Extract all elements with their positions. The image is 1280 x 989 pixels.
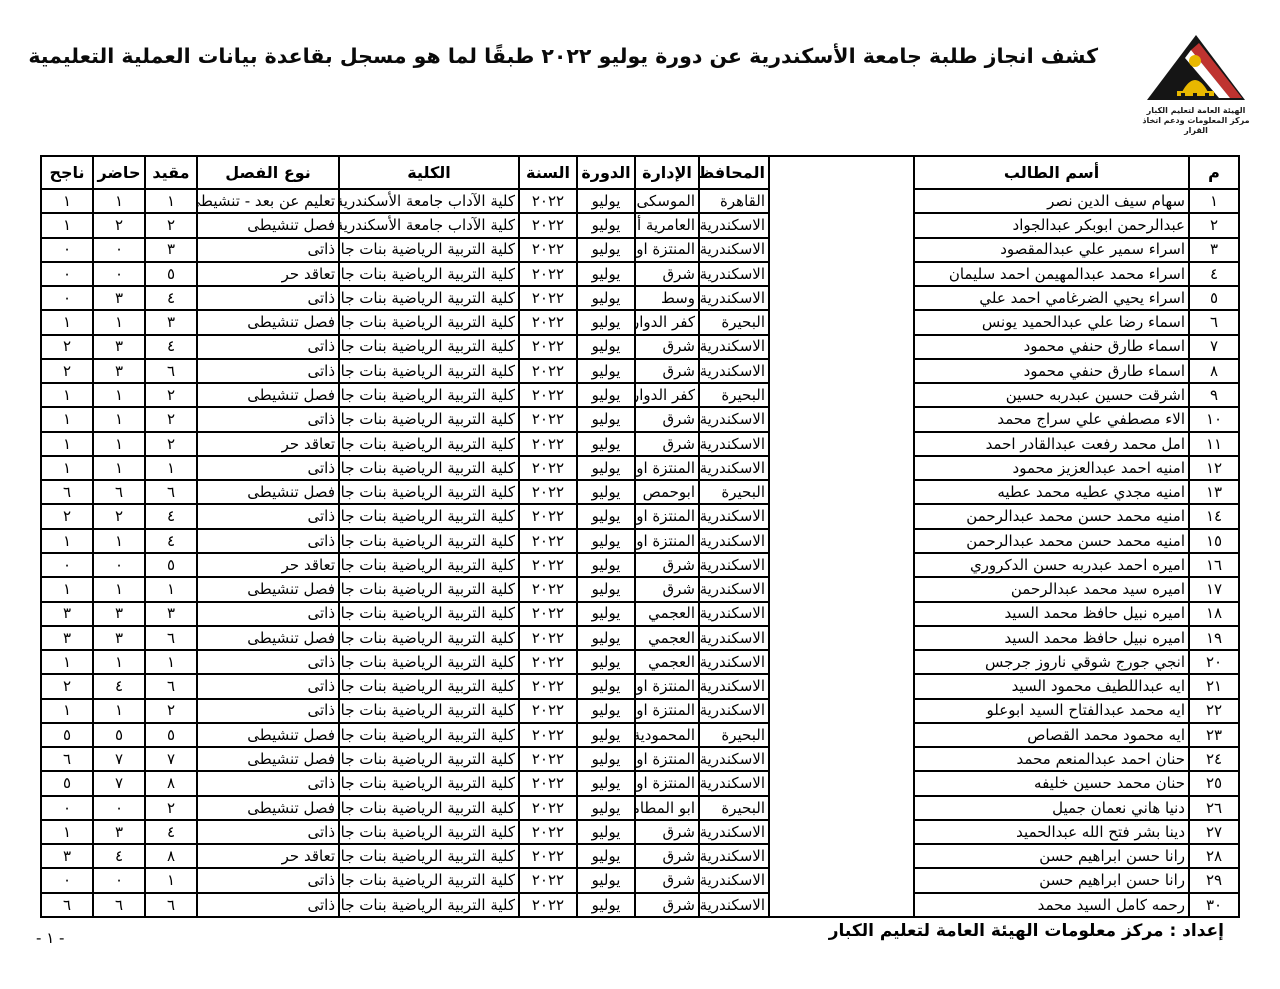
cell-no: ١٤	[1189, 504, 1239, 528]
cell-enrolled: ٦	[145, 674, 197, 698]
cell-administration: العامرية أول	[635, 213, 699, 237]
cell-no: ٣	[1189, 238, 1239, 262]
cell-no: ٢٦	[1189, 796, 1239, 820]
cell-no: ٢٨	[1189, 844, 1239, 868]
cell-governorate: الاسكندرية	[699, 432, 769, 456]
cell-class_type: ذاتى	[197, 893, 339, 917]
cell-no: ٧	[1189, 335, 1239, 359]
cell-governorate: البحيرة	[699, 310, 769, 334]
cell-name: اسماء طارق حنفي محمود	[914, 359, 1189, 383]
cell-no: ١	[1189, 189, 1239, 213]
cell-present: ١	[93, 577, 145, 601]
cell-administration: شرق	[635, 577, 699, 601]
cell-administration: ابو المطامير	[635, 796, 699, 820]
cell-enrolled: ٦	[145, 359, 197, 383]
cell-name: رحمه كامل السيد محمد	[914, 893, 1189, 917]
logo-caption-line1: الهيئة العامة لتعليم الكبار	[1140, 106, 1252, 116]
cell-passed: ٠	[41, 286, 93, 310]
cell-administration: شرق	[635, 335, 699, 359]
cell-administration: المنتزة اول	[635, 674, 699, 698]
header-cell-session: الدورة	[577, 156, 635, 189]
cell-no: ٨	[1189, 359, 1239, 383]
cell-passed: ٢	[41, 335, 93, 359]
cell-year: ٢٠٢٢	[519, 893, 577, 917]
cell-present: ١	[93, 650, 145, 674]
cell-enrolled: ٣	[145, 238, 197, 262]
cell-passed: ٠	[41, 868, 93, 892]
header-cell-name: أسم الطالب	[914, 156, 1189, 189]
cell-enrolled: ٨	[145, 771, 197, 795]
cell-present: ١	[93, 407, 145, 431]
cell-session: يوليو	[577, 723, 635, 747]
cell-year: ٢٠٢٢	[519, 238, 577, 262]
table-row: ٢٧دينا بشر فتح الله عبدالحميدالاسكندريةش…	[41, 820, 1239, 844]
cell-present: ١	[93, 432, 145, 456]
cell-governorate: البحيرة	[699, 796, 769, 820]
cell-present: ١	[93, 529, 145, 553]
cell-passed: ١	[41, 310, 93, 334]
cell-no: ١٢	[1189, 456, 1239, 480]
cell-governorate: البحيرة	[699, 723, 769, 747]
cell-name: امل محمد رفعت عبدالقادر احمد	[914, 432, 1189, 456]
cell-present: ٣	[93, 335, 145, 359]
cell-name: امنيه محمد حسن محمد عبدالرحمن	[914, 504, 1189, 528]
cell-enrolled: ١	[145, 189, 197, 213]
cell-governorate: الاسكندرية	[699, 335, 769, 359]
cell-year: ٢٠٢٢	[519, 286, 577, 310]
table-row: ٢٥حنان محمد حسين خليفهالاسكندريةالمنتزة …	[41, 771, 1239, 795]
cell-no: ٢٣	[1189, 723, 1239, 747]
cell-passed: ٠	[41, 262, 93, 286]
cell-present: ١	[93, 383, 145, 407]
cell-passed: ٢	[41, 504, 93, 528]
table-row: ١٨اميره نبيل حافظ محمد السيدالاسكندريةال…	[41, 602, 1239, 626]
cell-name: اميره احمد عبدربه حسن الدكروري	[914, 553, 1189, 577]
cell-session: يوليو	[577, 868, 635, 892]
cell-passed: ١	[41, 456, 93, 480]
cell-college: كلية التربية الرياضية بنات جامع	[339, 602, 519, 626]
cell-no: ١٧	[1189, 577, 1239, 601]
cell-class_type: ذاتى	[197, 868, 339, 892]
cell-present: ٣	[93, 286, 145, 310]
header-cell-governorate: المحافظة	[699, 156, 769, 189]
cell-name: الاء مصطفي علي سراج محمد	[914, 407, 1189, 431]
cell-administration: المنتزة اول	[635, 699, 699, 723]
cell-administration: شرق	[635, 359, 699, 383]
cell-governorate: الاسكندرية	[699, 286, 769, 310]
cell-no: ٥	[1189, 286, 1239, 310]
cell-name: رانا حسن ابراهيم حسن	[914, 868, 1189, 892]
cell-session: يوليو	[577, 213, 635, 237]
cell-passed: ٢	[41, 359, 93, 383]
cell-session: يوليو	[577, 529, 635, 553]
header-cell-enrolled: مقيد	[145, 156, 197, 189]
table-row: ٢١ايه عبداللطيف محمود السيدالاسكندريةالم…	[41, 674, 1239, 698]
cell-class_type: ذاتى	[197, 238, 339, 262]
cell-present: ٠	[93, 238, 145, 262]
cell-no: ١٦	[1189, 553, 1239, 577]
header-cell-year: السنة	[519, 156, 577, 189]
table-row: ١٢امنيه احمد عبدالعزيز محمودالاسكندريةال…	[41, 456, 1239, 480]
cell-administration: المنتزة اول	[635, 238, 699, 262]
table-row: ٢٨رانا حسن ابراهيم حسنالاسكندريةشرقيوليو…	[41, 844, 1239, 868]
cell-class_type: تعاقد حر	[197, 262, 339, 286]
cell-present: ٦	[93, 893, 145, 917]
cell-enrolled: ٣	[145, 310, 197, 334]
cell-class_type: فصل تنشيطى	[197, 626, 339, 650]
cell-name: حنان احمد عبدالمنعم محمد	[914, 747, 1189, 771]
cell-year: ٢٠٢٢	[519, 771, 577, 795]
cell-college: كلية التربية الرياضية بنات جامع	[339, 262, 519, 286]
cell-passed: ١	[41, 820, 93, 844]
cell-enrolled: ٥	[145, 262, 197, 286]
table-row: ١٩اميره نبيل حافظ محمد السيدالاسكندريةال…	[41, 626, 1239, 650]
cell-year: ٢٠٢٢	[519, 577, 577, 601]
cell-enrolled: ٢	[145, 383, 197, 407]
cell-enrolled: ٢	[145, 699, 197, 723]
cell-class_type: فصل تنشيطى	[197, 480, 339, 504]
cell-class_type: ذاتى	[197, 504, 339, 528]
cell-governorate: الاسكندرية	[699, 674, 769, 698]
cell-session: يوليو	[577, 262, 635, 286]
cell-year: ٢٠٢٢	[519, 553, 577, 577]
cell-administration: شرق	[635, 432, 699, 456]
cell-passed: ١	[41, 699, 93, 723]
cell-administration: شرق	[635, 553, 699, 577]
cell-year: ٢٠٢٢	[519, 699, 577, 723]
cell-no: ٢٢	[1189, 699, 1239, 723]
cell-year: ٢٠٢٢	[519, 504, 577, 528]
cell-class_type: ذاتى	[197, 456, 339, 480]
cell-session: يوليو	[577, 286, 635, 310]
cell-passed: ٢	[41, 674, 93, 698]
cell-class_type: ذاتى	[197, 335, 339, 359]
cell-year: ٢٠٢٢	[519, 868, 577, 892]
cell-governorate: الاسكندرية	[699, 699, 769, 723]
page-title: كشف انجاز طلبة جامعة الأسكندرية عن دورة …	[28, 44, 1098, 68]
cell-governorate: الاسكندرية	[699, 650, 769, 674]
table-row: ٢٦دنيا هاني نعمان جميلالبحيرةابو المطامي…	[41, 796, 1239, 820]
cell-administration: المحمودية	[635, 723, 699, 747]
cell-session: يوليو	[577, 771, 635, 795]
cell-present: ٤	[93, 674, 145, 698]
cell-governorate: البحيرة	[699, 383, 769, 407]
cell-year: ٢٠٢٢	[519, 529, 577, 553]
cell-class_type: فصل تنشيطى	[197, 747, 339, 771]
cell-college: كلية التربية الرياضية بنات جامع	[339, 407, 519, 431]
cell-enrolled: ٧	[145, 747, 197, 771]
table-row: ١٣امنيه مجدي عطيه محمد عطيهالبحيرةابوحمص…	[41, 480, 1239, 504]
cell-enrolled: ١	[145, 456, 197, 480]
cell-college: كلية التربية الرياضية بنات جامع	[339, 286, 519, 310]
cell-passed: ٥	[41, 723, 93, 747]
cell-college: كلية التربية الرياضية بنات جامع	[339, 359, 519, 383]
cell-no: ١٣	[1189, 480, 1239, 504]
cell-class_type: فصل تنشيطى	[197, 796, 339, 820]
cell-session: يوليو	[577, 383, 635, 407]
cell-governorate: الاسكندرية	[699, 626, 769, 650]
cell-present: ٠	[93, 796, 145, 820]
cell-college: كلية التربية الرياضية بنات جامع	[339, 383, 519, 407]
cell-college: كلية التربية الرياضية بنات جامع	[339, 626, 519, 650]
cell-administration: وسط	[635, 286, 699, 310]
cell-college: كلية التربية الرياضية بنات جامع	[339, 893, 519, 917]
cell-administration: المنتزة اول	[635, 456, 699, 480]
cell-enrolled: ٥	[145, 723, 197, 747]
table-row: ٢عبدالرحمن ابوبكر عبدالجوادالاسكندريةالع…	[41, 213, 1239, 237]
cell-present: ٣	[93, 359, 145, 383]
table-row: ٣٠رحمه كامل السيد محمدالاسكندريةشرقيوليو…	[41, 893, 1239, 917]
table-row: ٢٢ايه محمد عبدالفتاح السيد ابوعلوالاسكند…	[41, 699, 1239, 723]
table-row: ١٦اميره احمد عبدربه حسن الدكروريالاسكندر…	[41, 553, 1239, 577]
cell-year: ٢٠٢٢	[519, 456, 577, 480]
cell-administration: المنتزة اول	[635, 529, 699, 553]
cell-no: ٤	[1189, 262, 1239, 286]
cell-year: ٢٠٢٢	[519, 602, 577, 626]
cell-passed: ١	[41, 213, 93, 237]
table-row: ١سهام سيف الدين نصرالقاهرةالموسكىيوليو٢٠…	[41, 189, 1239, 213]
cell-college: كلية التربية الرياضية بنات جامع	[339, 771, 519, 795]
cell-administration: العجمي	[635, 602, 699, 626]
cell-administration: كفر الدوار	[635, 383, 699, 407]
cell-college: كلية التربية الرياضية بنات جامع	[339, 674, 519, 698]
cell-name: اميره نبيل حافظ محمد السيد	[914, 626, 1189, 650]
cell-passed: ٣	[41, 602, 93, 626]
cell-session: يوليو	[577, 480, 635, 504]
cell-class_type: فصل تنشيطى	[197, 383, 339, 407]
table-row: ٤اسراء محمد عبدالمهيمن احمد سليمانالاسكن…	[41, 262, 1239, 286]
cell-year: ٢٠٢٢	[519, 189, 577, 213]
cell-session: يوليو	[577, 602, 635, 626]
cell-college: كلية التربية الرياضية بنات جامع	[339, 335, 519, 359]
cell-passed: ٣	[41, 626, 93, 650]
cell-class_type: ذاتى	[197, 359, 339, 383]
cell-present: ٧	[93, 747, 145, 771]
cell-college: كلية التربية الرياضية بنات جامع	[339, 723, 519, 747]
cell-enrolled: ١	[145, 868, 197, 892]
cell-session: يوليو	[577, 796, 635, 820]
cell-name: دينا بشر فتح الله عبدالحميد	[914, 820, 1189, 844]
cell-college: كلية التربية الرياضية بنات جامع	[339, 553, 519, 577]
cell-session: يوليو	[577, 310, 635, 334]
cell-college: كلية التربية الرياضية بنات جامع	[339, 844, 519, 868]
cell-name: اشرقت حسين عبدربه حسين	[914, 383, 1189, 407]
table-row: ٧اسماء طارق حنفي محمودالاسكندريةشرقيوليو…	[41, 335, 1239, 359]
cell-no: ١٥	[1189, 529, 1239, 553]
cell-enrolled: ٤	[145, 504, 197, 528]
cell-no: ١٨	[1189, 602, 1239, 626]
cell-present: ٠	[93, 262, 145, 286]
cell-present: ٢	[93, 213, 145, 237]
table-row: ١٤امنيه محمد حسن محمد عبدالرحمنالاسكندري…	[41, 504, 1239, 528]
cell-class_type: تعاقد حر	[197, 553, 339, 577]
cell-year: ٢٠٢٢	[519, 213, 577, 237]
cell-enrolled: ٢	[145, 213, 197, 237]
cell-year: ٢٠٢٢	[519, 407, 577, 431]
cell-class_type: تعاقد حر	[197, 432, 339, 456]
cell-no: ٢١	[1189, 674, 1239, 698]
cell-name: عبدالرحمن ابوبكر عبدالجواد	[914, 213, 1189, 237]
cell-session: يوليو	[577, 238, 635, 262]
cell-name: اميره نبيل حافظ محمد السيد	[914, 602, 1189, 626]
cell-enrolled: ٤	[145, 335, 197, 359]
cell-session: يوليو	[577, 577, 635, 601]
table-row: ٢٣ايه محمود محمد القصاصالبحيرةالمحموديةي…	[41, 723, 1239, 747]
cell-year: ٢٠٢٢	[519, 674, 577, 698]
cell-college: كلية التربية الرياضية بنات جامع	[339, 699, 519, 723]
cell-passed: ٠	[41, 796, 93, 820]
cell-administration: شرق	[635, 868, 699, 892]
cell-present: ٦	[93, 480, 145, 504]
cell-name: ايه عبداللطيف محمود السيد	[914, 674, 1189, 698]
cell-administration: المنتزة اول	[635, 504, 699, 528]
cell-year: ٢٠٢٢	[519, 723, 577, 747]
cell-governorate: الاسكندرية	[699, 820, 769, 844]
cell-class_type: تعاقد حر	[197, 844, 339, 868]
cell-year: ٢٠٢٢	[519, 844, 577, 868]
cell-class_type: فصل تنشيطى	[197, 577, 339, 601]
cell-year: ٢٠٢٢	[519, 747, 577, 771]
cell-no: ٢٩	[1189, 868, 1239, 892]
cell-no: ٣٠	[1189, 893, 1239, 917]
table-row: ٦اسماء رضا علي عبدالحميد يونسالبحيرةكفر …	[41, 310, 1239, 334]
cell-enrolled: ٤	[145, 820, 197, 844]
table-row: ١١امل محمد رفعت عبدالقادر احمدالاسكندرية…	[41, 432, 1239, 456]
cell-passed: ٦	[41, 893, 93, 917]
cell-name: اميره سيد محمد عبدالرحمن	[914, 577, 1189, 601]
cell-year: ٢٠٢٢	[519, 820, 577, 844]
prepared-by-note: إعداد : مركز معلومات الهيئة العامة لتعلي…	[829, 921, 1224, 941]
table-row: ٢٩رانا حسن ابراهيم حسنالاسكندريةشرقيوليو…	[41, 868, 1239, 892]
cell-governorate: القاهرة	[699, 189, 769, 213]
header-cell-college: الكلية	[339, 156, 519, 189]
page: { "title": "كشف انجاز طلبة جامعة الأسكند…	[0, 0, 1280, 989]
cell-class_type: ذاتى	[197, 286, 339, 310]
cell-passed: ١	[41, 432, 93, 456]
cell-enrolled: ٢	[145, 407, 197, 431]
cell-enrolled: ١	[145, 650, 197, 674]
cell-enrolled: ٤	[145, 529, 197, 553]
header-cell-class_type: نوع الفصل	[197, 156, 339, 189]
cell-no: ٢	[1189, 213, 1239, 237]
cell-class_type: فصل تنشيطى	[197, 723, 339, 747]
cell-class_type: ذاتى	[197, 602, 339, 626]
table-row: ٨اسماء طارق حنفي محمودالاسكندريةشرقيوليو…	[41, 359, 1239, 383]
cell-administration: شرق	[635, 844, 699, 868]
cell-present: ٤	[93, 844, 145, 868]
cell-college: كلية التربية الرياضية بنات جامع	[339, 432, 519, 456]
empty-spacer-column	[769, 156, 914, 917]
cell-session: يوليو	[577, 893, 635, 917]
cell-class_type: فصل تنشيطى	[197, 213, 339, 237]
cell-year: ٢٠٢٢	[519, 432, 577, 456]
cell-present: ٣	[93, 820, 145, 844]
cell-college: كلية التربية الرياضية بنات جامع	[339, 747, 519, 771]
cell-session: يوليو	[577, 650, 635, 674]
cell-enrolled: ٨	[145, 844, 197, 868]
cell-college: كلية التربية الرياضية بنات جامع	[339, 310, 519, 334]
cell-passed: ٠	[41, 238, 93, 262]
cell-year: ٢٠٢٢	[519, 480, 577, 504]
cell-college: كلية التربية الرياضية بنات جامع	[339, 480, 519, 504]
cell-passed: ٥	[41, 771, 93, 795]
cell-class_type: ذاتى	[197, 407, 339, 431]
cell-enrolled: ٦	[145, 626, 197, 650]
cell-session: يوليو	[577, 626, 635, 650]
cell-session: يوليو	[577, 844, 635, 868]
cell-governorate: الاسكندرية	[699, 262, 769, 286]
table-row: ٩اشرقت حسين عبدربه حسينالبحيرةكفر الدوار…	[41, 383, 1239, 407]
cell-administration: المنتزة اول	[635, 747, 699, 771]
table-row: ٣اسراء سمير علي عبدالمقصودالاسكندريةالمن…	[41, 238, 1239, 262]
cell-no: ٩	[1189, 383, 1239, 407]
cell-name: انجي جورج شوقي ناروز جرجس	[914, 650, 1189, 674]
header-cell-present: حاضر	[93, 156, 145, 189]
cell-passed: ١	[41, 407, 93, 431]
cell-administration: شرق	[635, 893, 699, 917]
cell-passed: ٦	[41, 747, 93, 771]
table-row: ١٠الاء مصطفي علي سراج محمدالاسكندريةشرقي…	[41, 407, 1239, 431]
cell-enrolled: ٣	[145, 602, 197, 626]
cell-name: اسماء رضا علي عبدالحميد يونس	[914, 310, 1189, 334]
cell-governorate: الاسكندرية	[699, 407, 769, 431]
cell-enrolled: ٥	[145, 553, 197, 577]
cell-class_type: تعليم عن بعد - تنشيطى	[197, 189, 339, 213]
results-table-body: مأسم الطالبالمحافظةالإدارةالدورةالسنةالك…	[41, 156, 1239, 917]
cell-college: كلية التربية الرياضية بنات جامع	[339, 868, 519, 892]
cell-passed: ٠	[41, 553, 93, 577]
cell-college: كلية الآداب جامعة الأسكندرية	[339, 189, 519, 213]
cell-class_type: ذاتى	[197, 699, 339, 723]
cell-year: ٢٠٢٢	[519, 359, 577, 383]
cell-class_type: ذاتى	[197, 771, 339, 795]
cell-governorate: الاسكندرية	[699, 844, 769, 868]
cell-name: اسماء طارق حنفي محمود	[914, 335, 1189, 359]
cell-session: يوليو	[577, 699, 635, 723]
cell-governorate: الاسكندرية	[699, 868, 769, 892]
cell-name: سهام سيف الدين نصر	[914, 189, 1189, 213]
cell-governorate: الاسكندرية	[699, 359, 769, 383]
cell-college: كلية التربية الرياضية بنات جامع	[339, 456, 519, 480]
cell-session: يوليو	[577, 456, 635, 480]
cell-class_type: ذاتى	[197, 674, 339, 698]
cell-no: ١٠	[1189, 407, 1239, 431]
cell-present: ٣	[93, 602, 145, 626]
cell-college: كلية الآداب جامعة الأسكندرية	[339, 213, 519, 237]
cell-administration: شرق	[635, 820, 699, 844]
cell-administration: شرق	[635, 262, 699, 286]
cell-college: كلية التربية الرياضية بنات جامع	[339, 529, 519, 553]
cell-governorate: الاسكندرية	[699, 504, 769, 528]
cell-name: دنيا هاني نعمان جميل	[914, 796, 1189, 820]
cell-present: ١	[93, 189, 145, 213]
cell-governorate: الاسكندرية	[699, 529, 769, 553]
cell-governorate: الاسكندرية	[699, 213, 769, 237]
header-logo: الهيئة العامة لتعليم الكبار مركز المعلوم…	[1140, 34, 1252, 136]
cell-administration: المنتزة اول	[635, 771, 699, 795]
cell-college: كلية التربية الرياضية بنات جامع	[339, 504, 519, 528]
cell-session: يوليو	[577, 747, 635, 771]
cell-college: كلية التربية الرياضية بنات جامع	[339, 577, 519, 601]
cell-name: امنيه مجدي عطيه محمد عطيه	[914, 480, 1189, 504]
table-header-row: مأسم الطالبالمحافظةالإدارةالدورةالسنةالك…	[41, 156, 1239, 189]
cell-present: ١	[93, 699, 145, 723]
cell-year: ٢٠٢٢	[519, 383, 577, 407]
cell-present: ٢	[93, 504, 145, 528]
cell-year: ٢٠٢٢	[519, 310, 577, 334]
cell-present: ٧	[93, 771, 145, 795]
cell-session: يوليو	[577, 553, 635, 577]
